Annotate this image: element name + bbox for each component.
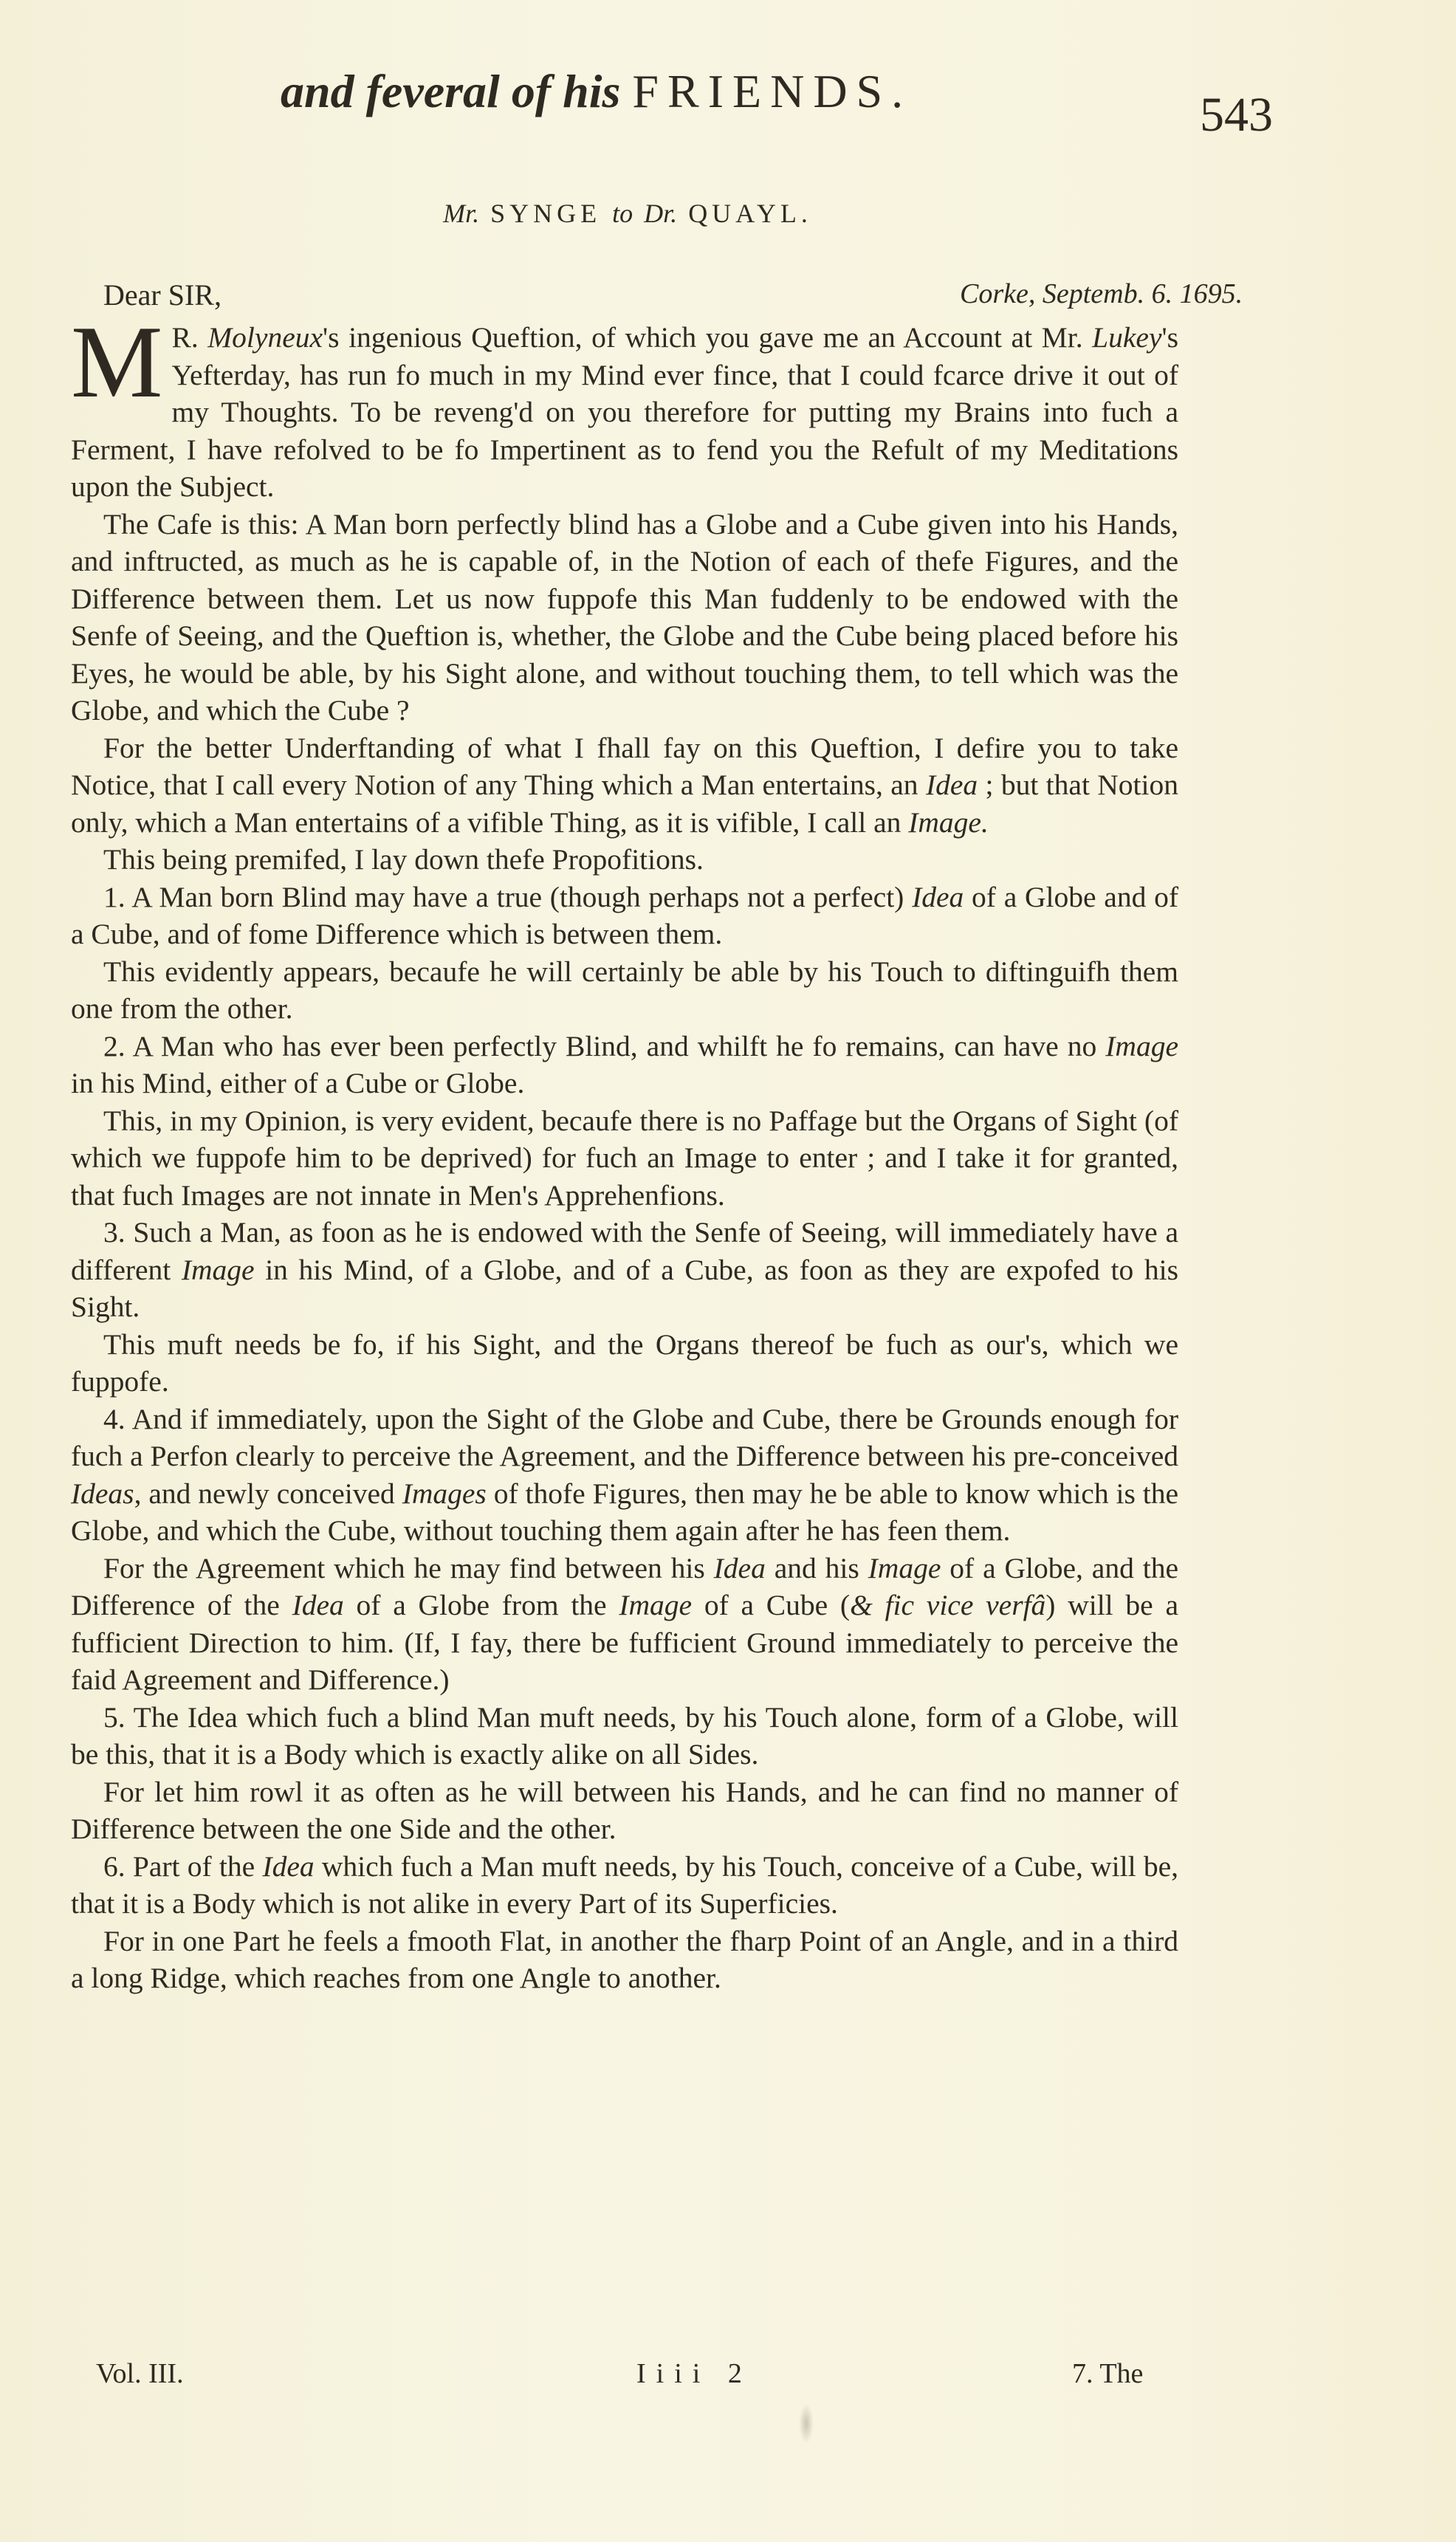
text-run: and his [766,1552,868,1584]
proposition-3: 3. Such a Man, as foon as he is endowed … [71,1214,1178,1326]
italic-term: Images [402,1477,487,1510]
book-page: and feveral of his FRIENDS. 543 Mr. SYNG… [0,0,1456,2542]
paragraph: This, in my Opinion, is very evident, be… [71,1102,1178,1215]
proposition-5: 5. The Idea which fuch a blind Man muft … [71,1699,1178,1773]
text-run: R. [171,321,207,354]
italic-latin: & fic vice verfâ [850,1589,1045,1621]
running-head-smallcaps: FRIENDS. [632,65,912,117]
italic-term: Image [868,1552,941,1584]
italic-term: Idea [262,1850,314,1883]
italic-name: Lukey [1092,321,1161,354]
letter-heading: Mr. SYNGE to Dr. QUAYL. [0,198,1255,229]
text-run: 2. A Man who has ever been perfectly Bli… [103,1030,1105,1062]
italic-name: Molyneux [207,321,323,354]
letter-to-name: QUAYL. [688,199,812,228]
paragraph: This evidently appears, becaufe he will … [71,953,1178,1028]
paragraph: For the Agreement which he may find betw… [71,1550,1178,1699]
italic-term: Idea [292,1589,344,1621]
letter-to-title: Dr. [644,199,677,228]
text-run: 6. Part of the [103,1850,262,1883]
paragraph: The Cafe is this: A Man born perfectly b… [71,506,1178,729]
text-run: 's ingenious Queftion, of which you gave… [323,321,1092,354]
page-number: 543 [1200,87,1273,143]
italic-term: Image [1105,1030,1178,1062]
italic-term: Idea [926,769,978,801]
proposition-1: 1. A Man born Blind may have a true (tho… [71,879,1178,953]
italic-term: Image [619,1589,692,1621]
italic-term: Ideas [71,1477,134,1510]
italic-term: Image [182,1254,255,1286]
dateline: Corke, Septemb. 6. 1695. [960,278,1243,310]
letter-body: MR. Molyneux's ingenious Queftion, of wh… [71,319,1178,1997]
text-run: , and newly conceived [134,1477,402,1510]
text-run: of a Globe from the [344,1589,619,1621]
running-head-italic: and feveral of his [281,65,620,117]
text-run: 1. A Man born Blind may have a true (tho… [103,881,912,913]
paragraph: This being premifed, I lay down thefe Pr… [71,841,1178,879]
text-run: 4. And if immediately, upon the Sight of… [71,1403,1178,1473]
drop-cap: M [71,323,162,402]
italic-term: Idea [912,881,964,913]
paragraph: For let him rowl it as often as he will … [71,1773,1178,1848]
proposition-2: 2. A Man who has ever been perfectly Bli… [71,1028,1178,1102]
paragraph: For the better Underftanding of what I f… [71,729,1178,842]
text-run: of a Cube ( [692,1589,850,1621]
catchword: 7. The [1072,2357,1143,2390]
letter-to-word: to [612,199,633,228]
italic-term: Image. [908,806,989,839]
text-run: in his Mind, either of a Cube or Globe. [71,1067,524,1099]
text-run: For the Agreement which he may find betw… [103,1552,714,1584]
proposition-6: 6. Part of the Idea which fuch a Man muf… [71,1848,1178,1923]
ink-blemish [799,2403,814,2444]
letter-from-name: SYNGE [490,199,601,228]
paragraph: MR. Molyneux's ingenious Queftion, of wh… [71,319,1178,506]
proposition-4: 4. And if immediately, upon the Sight of… [71,1401,1178,1550]
running-head: and feveral of his FRIENDS. [281,68,912,115]
signature-mark: Iiii 2 [636,2357,752,2390]
paragraph: This muft needs be fo, if his Sight, and… [71,1326,1178,1401]
letter-from-title: Mr. [443,199,479,228]
italic-term: Idea [714,1552,766,1584]
paragraph: For in one Part he feels a fmooth Flat, … [71,1923,1178,1997]
volume-mark: Vol. III. [96,2357,184,2390]
